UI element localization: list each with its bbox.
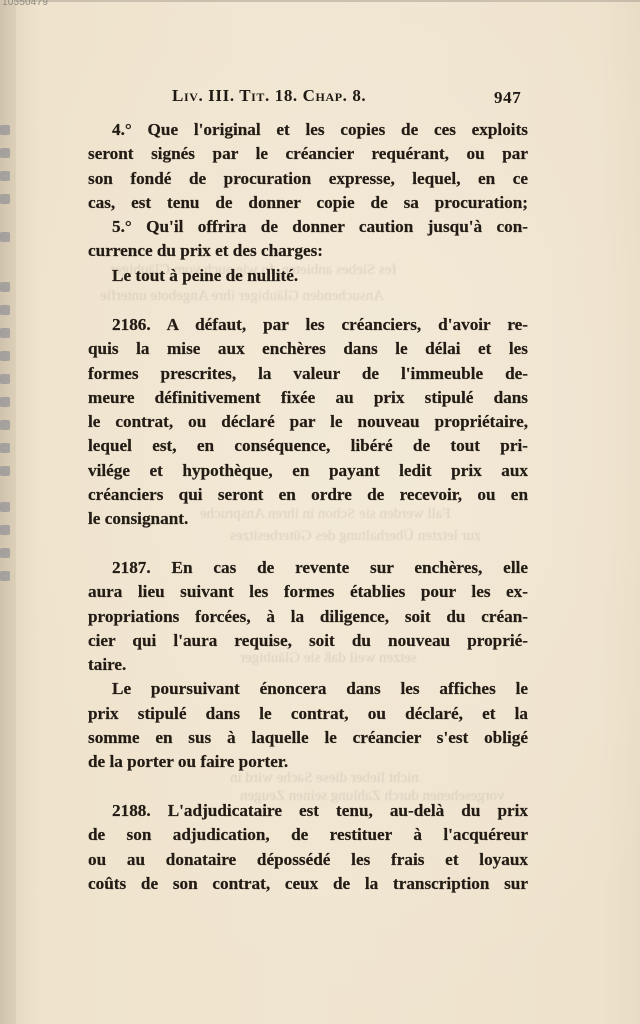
bleed-mark [0,194,10,204]
article-2187: 2187. En cas de revente sur enchères, el… [88,556,528,775]
scan-id-label: 10550479 [2,0,48,8]
text-line: aura lieu suivant les formes établies po… [88,580,528,604]
text-line: de la porter ou faire porter. [88,750,528,774]
bleed-mark [0,571,10,581]
text-line: propriations forcées, à la diligence, so… [88,605,528,629]
article-2186: 2186. A défaut, par les créanciers, d'av… [88,313,528,532]
text-line: prix stipulé dans le contrat, ou déclaré… [88,702,528,726]
text-line: cier qui l'aura requise, soit du nouveau… [88,629,528,653]
article-continuation: 4.° Que l'original et les copies de ces … [88,118,528,288]
text-line: ou au donataire dépossédé les frais et l… [88,848,528,872]
text-line: de son adjudication, de restituer à l'ac… [88,823,528,847]
text-line: currence du prix et des charges: [88,239,528,263]
text-line: formes prescrites, la valeur de l'immeub… [88,362,528,386]
bleed-mark [0,374,10,384]
book-page: 10550479 fes Siebes anbieten, fo wie auc… [0,0,640,1024]
text-line: 4.° Que l'original et les copies de ces … [88,118,528,142]
scan-top-edge [0,0,640,2]
running-title: Liv. III. Tit. 18. Chap. 8. [172,86,366,106]
bleed-mark [0,351,10,361]
text-line: lequel est, en conséquence, libéré de to… [88,434,528,458]
running-head: Liv. III. Tit. 18. Chap. 8. 947 [172,86,532,110]
page-number: 947 [494,88,521,108]
text-line: son fondé de procuration expresse, leque… [88,167,528,191]
text-line: taire. [88,653,528,677]
bleed-mark [0,171,10,181]
bleed-mark [0,232,10,242]
text-line: seront signés par le créancier requérant… [88,142,528,166]
text-line: 2186. A défaut, par les créanciers, d'av… [88,313,528,337]
text-line: le contrat, ou déclaré par le nouveau pr… [88,410,528,434]
text-line: coûts de son contrat, ceux de la transcr… [88,872,528,896]
bleed-mark [0,397,10,407]
bleed-mark [0,420,10,430]
text-line: 2187. En cas de revente sur enchères, el… [88,556,528,580]
text-line: 5.° Qu'il offrira de donner caution jusq… [88,215,528,239]
text-line: créanciers qui seront en ordre de recevo… [88,483,528,507]
facing-page-bleed [0,125,14,594]
text-line: quis la mise aux enchères dans le délai … [88,337,528,361]
text-line: le consignant. [88,507,528,531]
bleed-mark [0,466,10,476]
text-line: Le tout à peine de nullité. [88,264,528,288]
bleed-mark [0,305,10,315]
bleed-mark [0,443,10,453]
text-line: somme en sus à laquelle le créancier s'e… [88,726,528,750]
show-through-text: Ansuchenden Gläubiger ihre Angebote unte… [100,288,384,305]
text-line: meure définitivement fixée au prix stipu… [88,386,528,410]
bleed-mark [0,328,10,338]
bleed-mark [0,125,10,135]
bleed-mark [0,525,10,535]
article-2188: 2188. L'adjudicataire est tenu, au-delà … [88,799,528,896]
bleed-mark [0,502,10,512]
text-line: cas, est tenu de donner copie de sa proc… [88,191,528,215]
text-line: 2188. L'adjudicataire est tenu, au-delà … [88,799,528,823]
bleed-mark [0,548,10,558]
bleed-mark [0,282,10,292]
bleed-mark [0,148,10,158]
text-line: Le poursuivant énoncera dans les affiche… [88,677,528,701]
text-line: vilége et hypothèque, en payant ledit pr… [88,459,528,483]
